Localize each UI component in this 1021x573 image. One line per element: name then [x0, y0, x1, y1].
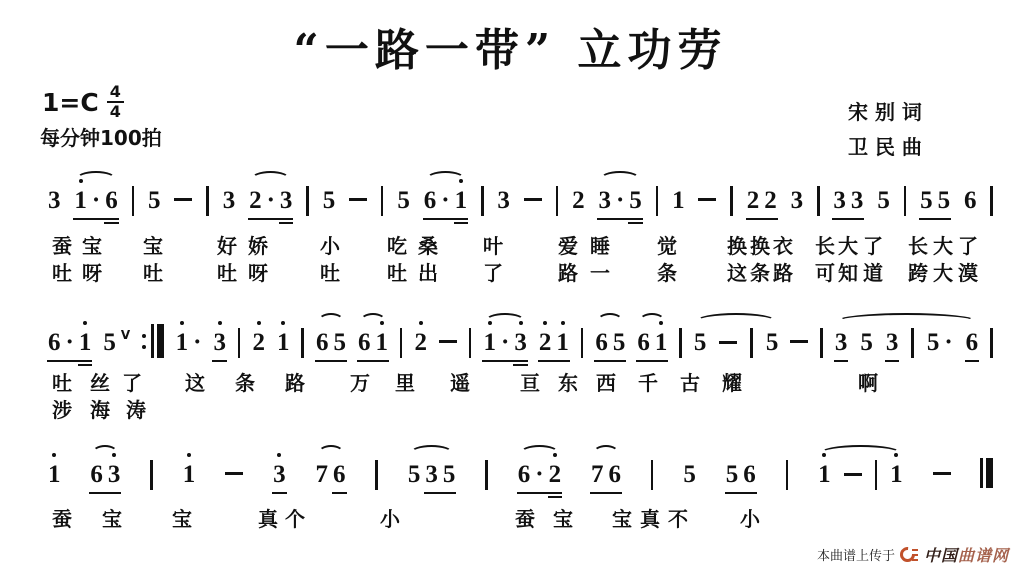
- lyric-syllable: 耀: [722, 371, 742, 395]
- beam-underline: [357, 360, 389, 362]
- note-group: 33: [833, 186, 863, 216]
- slur: [251, 171, 290, 187]
- note: 1: [176, 328, 189, 358]
- note: 1: [890, 460, 903, 490]
- lyric-syllable: 换: [750, 234, 770, 258]
- key-label: 1=C: [42, 88, 99, 117]
- note: 6: [105, 186, 118, 216]
- lyric-syllable: 宝: [82, 234, 102, 258]
- barline: [150, 460, 153, 490]
- note: 1: [375, 328, 388, 358]
- site-logo-icon: [900, 546, 919, 563]
- note: 1: [455, 186, 468, 216]
- note: 6: [637, 328, 650, 358]
- watermark: 本曲谱上传于 中国曲谱网: [817, 543, 1009, 566]
- lyric-syllable: 可: [815, 261, 835, 285]
- note-group: 22: [747, 186, 777, 216]
- note: 5: [726, 460, 739, 490]
- thick-barline: [157, 324, 164, 358]
- lyric-syllable: 蚕: [52, 507, 72, 531]
- lyric-syllable: 知: [838, 261, 858, 285]
- lyric-syllable: 衣: [773, 234, 793, 258]
- note: 5: [397, 186, 410, 216]
- note-group: 3535·6: [835, 328, 978, 358]
- beam-underline: [590, 492, 622, 494]
- note: 6: [316, 328, 329, 358]
- tempo-label: 每分钟100拍: [40, 122, 162, 151]
- lyric-syllable: 不: [668, 507, 688, 531]
- note: 3: [497, 186, 510, 216]
- note-group: 61: [358, 328, 388, 358]
- dot: [142, 334, 146, 338]
- note: 5: [694, 328, 707, 358]
- note-group: 21: [539, 328, 569, 358]
- note: 5: [629, 186, 642, 216]
- note: 6: [964, 186, 977, 216]
- note: 2: [414, 328, 427, 358]
- barline: [238, 328, 241, 358]
- lyric-syllable: 路: [773, 261, 793, 285]
- note: 2: [572, 186, 585, 216]
- octave-dot: [187, 453, 191, 457]
- thin-barline: [980, 458, 983, 488]
- note: 3: [425, 460, 438, 490]
- note: 5: [333, 328, 346, 358]
- note: 3: [835, 328, 848, 358]
- music-line-3: 16313765356·27655611: [48, 458, 993, 490]
- note: 2: [764, 186, 777, 216]
- slur: [593, 445, 619, 461]
- barline: [485, 460, 488, 490]
- lyric-syllable: 了: [958, 234, 978, 258]
- note: 6: [518, 460, 531, 490]
- note-group: 11: [818, 460, 903, 490]
- note: 1: [818, 460, 831, 490]
- note: 3: [833, 186, 846, 216]
- lyrics-line-3: 蚕宝宝真个小蚕宝宝真不小: [0, 507, 1021, 533]
- note-group: 35: [425, 460, 455, 490]
- slur: [318, 313, 344, 329]
- note: 5: [103, 328, 116, 358]
- octave-dot: [281, 321, 285, 325]
- octave-dot: [380, 321, 384, 325]
- barline: [206, 186, 209, 216]
- note-group: 65: [595, 328, 625, 358]
- lyric-syllable: 古: [680, 371, 700, 395]
- underline: [272, 492, 287, 494]
- lyric-syllable: 呀: [248, 261, 268, 285]
- note: 3: [213, 328, 226, 358]
- lyric-syllable: 涉: [52, 398, 72, 422]
- lyric-syllable: 呀: [82, 261, 102, 285]
- note: ·: [66, 328, 74, 358]
- note-group: 5V: [103, 328, 130, 358]
- note: 7: [591, 460, 604, 490]
- lyric-syllable: 桑: [418, 234, 438, 258]
- octave-dot: [894, 453, 898, 457]
- barline: [904, 186, 907, 216]
- note: 1: [48, 460, 61, 490]
- lyric-syllable: 条: [750, 261, 770, 285]
- song-title: “一路一带” 立功劳: [0, 14, 1021, 78]
- underline-2: [78, 364, 93, 366]
- music-line-2: 6·15V1·321656121·3216561553535·6: [48, 326, 993, 358]
- note-group: 76: [316, 460, 346, 490]
- note: 5: [323, 186, 336, 216]
- barline: [556, 186, 559, 216]
- lyric-syllable: 海: [90, 398, 110, 422]
- duration-dash: [719, 341, 737, 344]
- note: 5: [683, 460, 696, 490]
- lyric-syllable: 宝: [612, 507, 632, 531]
- note: ·: [267, 186, 275, 216]
- underline: [212, 360, 227, 362]
- octave-dot: [553, 453, 557, 457]
- thick-barline: [986, 458, 993, 488]
- composer-credit: 卫 民 曲: [848, 131, 986, 160]
- lyric-syllable: 大: [933, 261, 953, 285]
- lyric-syllable: 吐: [387, 261, 407, 285]
- note: 6: [333, 460, 346, 490]
- thin-barline: [151, 324, 154, 358]
- lyric-syllable: 好: [217, 234, 237, 258]
- barline: [911, 328, 914, 358]
- barline: [730, 186, 733, 216]
- beam-underline: [725, 492, 757, 494]
- lyric-syllable: 万: [350, 371, 370, 395]
- underline-2: [628, 222, 643, 224]
- lyricist-credit: 宋 别 词: [848, 96, 986, 125]
- barline: [469, 328, 472, 358]
- note: 3: [886, 328, 899, 358]
- underline-2: [104, 222, 119, 224]
- lyric-syllable: 条: [235, 371, 255, 395]
- lyric-syllable: 宝: [172, 507, 192, 531]
- note: 6: [608, 460, 621, 490]
- octave-dot: [488, 321, 492, 325]
- octave-dot: [52, 453, 56, 457]
- lyric-syllable: 东: [558, 371, 578, 395]
- note: ·: [193, 328, 201, 358]
- slur: [318, 445, 344, 461]
- duration-dash: [174, 198, 192, 201]
- slur: [410, 445, 454, 461]
- octave-dot: [561, 321, 565, 325]
- lyric-syllable: 跨: [908, 261, 928, 285]
- lyric-syllable: 蚕: [52, 234, 72, 258]
- note: 3: [48, 186, 61, 216]
- note: 1: [655, 328, 668, 358]
- barline: [481, 186, 484, 216]
- beam-underline: [423, 218, 468, 220]
- underline: [332, 492, 347, 494]
- site-name-part1: 中国: [924, 546, 958, 565]
- site-name: 中国曲谱网: [924, 543, 1009, 566]
- lyric-syllable: 长: [908, 234, 928, 258]
- lyric-syllable: 宝: [143, 234, 163, 258]
- lyric-syllable: 漠: [958, 261, 978, 285]
- lyric-syllable: 睡: [590, 234, 610, 258]
- lyric-syllable: 遥: [450, 371, 470, 395]
- beam-underline: [832, 218, 864, 220]
- barline: [990, 186, 993, 216]
- barline: [651, 460, 654, 490]
- note: 5: [860, 328, 873, 358]
- note: 6: [424, 186, 437, 216]
- note-group: 6·2: [518, 460, 561, 490]
- note: 1: [672, 186, 685, 216]
- barline: [381, 186, 384, 216]
- lyric-syllable: 吐: [217, 261, 237, 285]
- beam-underline: [538, 360, 570, 362]
- beam-underline: [248, 218, 293, 220]
- octave-dot: [277, 453, 281, 457]
- lyric-syllable: 一: [590, 261, 610, 285]
- lyric-syllable: 条: [657, 261, 677, 285]
- note: 1: [74, 186, 87, 216]
- note: 3: [223, 186, 236, 216]
- note: 2: [252, 328, 265, 358]
- barline: [306, 186, 309, 216]
- barline: [875, 460, 878, 490]
- note: 6: [595, 328, 608, 358]
- slur: [597, 313, 623, 329]
- note: 3: [108, 460, 121, 490]
- slur: [696, 313, 777, 329]
- note: 6: [90, 460, 103, 490]
- lyric-syllable: 真: [258, 507, 278, 531]
- beam-underline: [73, 218, 118, 220]
- lyric-syllable: 吐: [52, 371, 72, 395]
- lyric-syllable: 吐: [143, 261, 163, 285]
- underline-2: [279, 222, 294, 224]
- lyric-syllable: 小: [380, 507, 400, 531]
- note: 3: [791, 186, 804, 216]
- note-group: 65: [316, 328, 346, 358]
- note: 5: [927, 328, 940, 358]
- note: 2: [747, 186, 760, 216]
- meter-upper: 4: [107, 84, 124, 103]
- note-group: 1·6: [74, 186, 117, 216]
- lyric-syllable: 吐: [52, 261, 72, 285]
- final-barline: [980, 456, 993, 490]
- lyric-syllable: 路: [285, 371, 305, 395]
- lyric-syllable: 涛: [126, 398, 146, 422]
- note: 2: [539, 328, 552, 358]
- breath-mark: V: [121, 328, 130, 342]
- duration-dash: [933, 472, 951, 475]
- lyric-syllable: 吃: [387, 234, 407, 258]
- barline: [301, 328, 304, 358]
- note: ·: [92, 186, 100, 216]
- lyric-syllable: 这: [185, 371, 205, 395]
- lyric-syllable: 啊: [858, 371, 878, 395]
- octave-dot: [79, 179, 83, 183]
- underline-2: [454, 222, 469, 224]
- beam-underline: [597, 218, 642, 220]
- lyric-syllable: 小: [320, 234, 340, 258]
- note: 5: [877, 186, 890, 216]
- note: ·: [535, 460, 543, 490]
- note: 3: [851, 186, 864, 216]
- note-group: 535: [408, 460, 456, 490]
- note: 1: [556, 328, 569, 358]
- note: 5: [408, 460, 421, 490]
- lyric-syllable: 西: [596, 371, 616, 395]
- beam-underline: [89, 492, 121, 494]
- note-group: 55: [694, 328, 779, 358]
- lyric-syllable: 亘: [520, 371, 540, 395]
- note: 5: [920, 186, 933, 216]
- note: 2: [549, 460, 562, 490]
- slur: [837, 313, 976, 329]
- lyric-syllable: 换: [727, 234, 747, 258]
- lyrics-line-2-verse-1: 吐丝了这条路万里遥亘东西千古耀啊: [0, 371, 1021, 397]
- lyric-syllable: 这: [727, 261, 747, 285]
- note: 1: [277, 328, 290, 358]
- note: 6: [743, 460, 756, 490]
- octave-dot: [83, 321, 87, 325]
- lyric-syllable: 了: [122, 371, 142, 395]
- note: 1: [79, 328, 92, 358]
- lyric-syllable: 了: [863, 234, 883, 258]
- beam-underline: [517, 492, 562, 494]
- lyric-syllable: 觉: [657, 234, 677, 258]
- note-group: 76: [591, 460, 621, 490]
- duration-dash: [790, 340, 808, 343]
- lyric-syllable: 个: [285, 507, 305, 531]
- barline: [375, 460, 378, 490]
- note: ·: [501, 328, 509, 358]
- note: ·: [944, 328, 952, 358]
- lyric-syllable: 宝: [553, 507, 573, 531]
- beam-underline: [482, 360, 527, 362]
- note: 5: [938, 186, 951, 216]
- lyric-syllable: 大: [838, 234, 858, 258]
- site-name-part2: 曲谱网: [958, 546, 1009, 565]
- lyric-syllable: 了: [483, 261, 503, 285]
- octave-dot: [543, 321, 547, 325]
- beam-underline: [424, 492, 456, 494]
- lyric-syllable: 道: [863, 261, 883, 285]
- note: 5: [613, 328, 626, 358]
- note-group: 61: [637, 328, 667, 358]
- note: 5: [766, 328, 779, 358]
- lyric-syllable: 小: [740, 507, 760, 531]
- duration-dash: [844, 473, 862, 476]
- duration-dash: [349, 198, 367, 201]
- note: ·: [441, 186, 449, 216]
- underline-2: [548, 496, 563, 498]
- beam-underline: [919, 218, 951, 220]
- duration-dash: [225, 472, 243, 475]
- note-group: 3·5: [598, 186, 641, 216]
- note: 6: [48, 328, 61, 358]
- lyric-syllable: 丝: [90, 371, 110, 395]
- note: 6: [358, 328, 371, 358]
- meter-lower: 4: [110, 103, 121, 120]
- octave-dot: [459, 179, 463, 183]
- note-group: 1·: [176, 328, 202, 358]
- slur: [600, 171, 639, 187]
- octave-dot: [218, 321, 222, 325]
- octave-dot: [419, 321, 423, 325]
- note: 1: [483, 328, 496, 358]
- key-signature: 1=C 4 4: [42, 84, 124, 120]
- lyric-syllable: 宝: [102, 507, 122, 531]
- duration-dash: [524, 198, 542, 201]
- note: 2: [249, 186, 262, 216]
- note: 3: [598, 186, 611, 216]
- note: 3: [280, 186, 293, 216]
- note: 5: [443, 460, 456, 490]
- note-group: 1·3: [483, 328, 526, 358]
- underline: [834, 360, 849, 362]
- lyric-syllable: 里: [395, 371, 415, 395]
- note: 1: [183, 460, 196, 490]
- credits: 宋 别 词 卫 民 曲: [848, 96, 986, 166]
- beam-underline: [746, 218, 778, 220]
- duration-dash: [439, 340, 457, 343]
- note-group: 6·1: [48, 328, 91, 358]
- note-group: 2·3: [249, 186, 292, 216]
- lyrics-line-1-verse-1: 蚕宝宝好娇小吃桑叶爱睡觉换换衣长大了长大了: [0, 234, 1021, 260]
- octave-dot: [257, 321, 261, 325]
- barline: [679, 328, 682, 358]
- slur: [820, 445, 901, 461]
- barline: [656, 186, 659, 216]
- note: 3: [514, 328, 527, 358]
- note-group: 56: [726, 460, 756, 490]
- note-group: 5·: [927, 328, 953, 358]
- lyrics-line-2-verse-2: 涉海涛: [0, 398, 1021, 424]
- lyric-syllable: 长: [815, 234, 835, 258]
- note: ·: [616, 186, 624, 216]
- beam-underline: [594, 360, 626, 362]
- lyric-syllable: 娇: [248, 234, 268, 258]
- octave-dot: [180, 321, 184, 325]
- underline-2: [513, 364, 528, 366]
- lyrics-line-1-verse-2: 吐呀吐吐呀吐吐出了路一条这条路可知道跨大漠: [0, 261, 1021, 287]
- note: 7: [316, 460, 329, 490]
- barline: [750, 328, 753, 358]
- underline: [885, 360, 900, 362]
- sheet-music-page: “一路一带” 立功劳 1=C 4 4 每分钟100拍 宋 别 词 卫 民 曲 3…: [0, 0, 1021, 573]
- note: 6: [966, 328, 979, 358]
- note: 5: [148, 186, 161, 216]
- barline: [817, 186, 820, 216]
- barline: [132, 186, 135, 216]
- watermark-text: 本曲谱上传于: [817, 545, 895, 564]
- note-group: 55: [920, 186, 950, 216]
- lyric-syllable: 真: [640, 507, 660, 531]
- lyric-syllable: 蚕: [515, 507, 535, 531]
- barline: [786, 460, 789, 490]
- note-group: 63: [90, 460, 120, 490]
- barline: [400, 328, 403, 358]
- beam-underline: [315, 360, 347, 362]
- barline: [990, 328, 993, 358]
- time-signature: 4 4: [107, 84, 124, 120]
- note-group: 6·1: [424, 186, 467, 216]
- beam-underline: [47, 360, 92, 362]
- repeat-end-sign: [142, 324, 164, 358]
- lyric-syllable: 路: [558, 261, 578, 285]
- music-line-1: 31·6532·3556·1323·51223335556: [48, 184, 993, 216]
- lyric-syllable: 千: [638, 371, 658, 395]
- repeat-dots: [142, 334, 146, 349]
- note: 3: [273, 460, 286, 490]
